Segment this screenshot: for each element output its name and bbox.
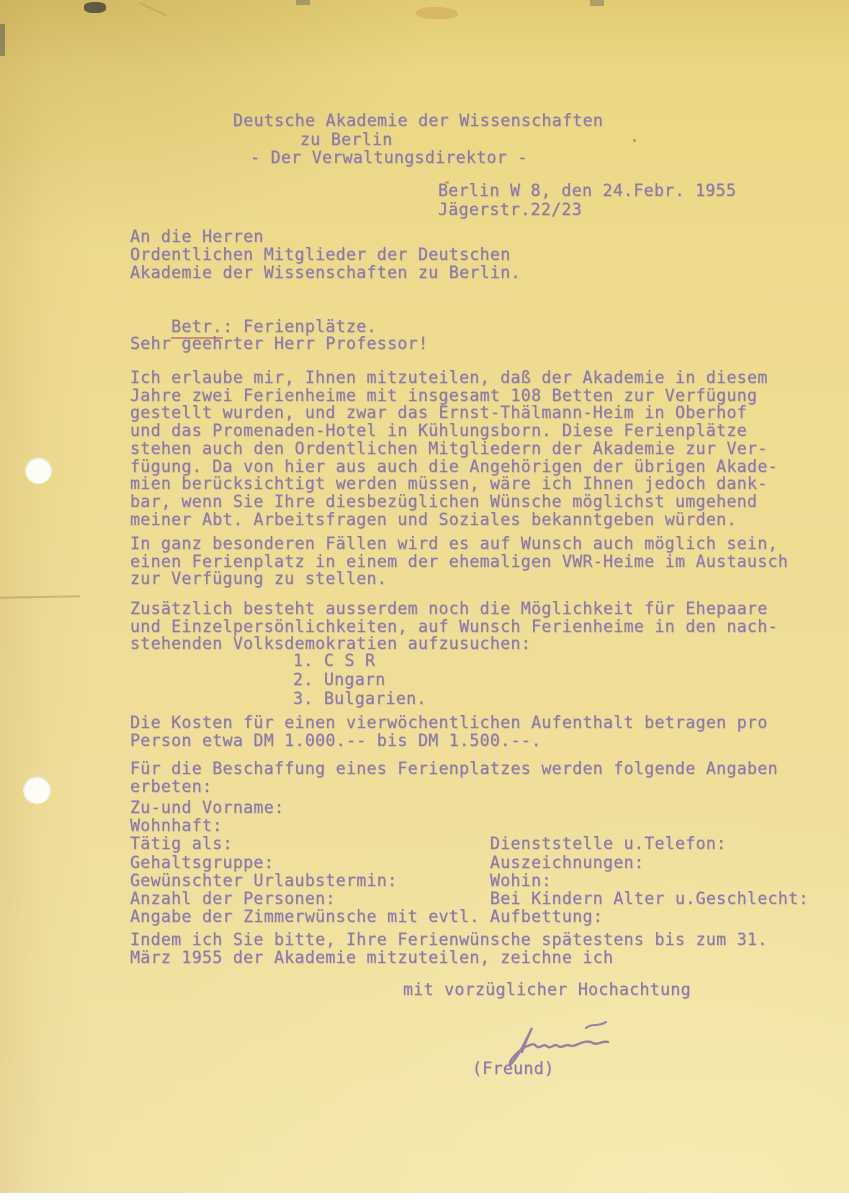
recipient-address: An die Herren Ordentlichen Mitglieder de… [130, 228, 521, 282]
letterhead-line-2: zu Berlin [300, 131, 393, 149]
torn-edge-mark [84, 2, 106, 13]
body-paragraph-1: Ich erlaube mir, Ihnen mitzuteilen, daß … [130, 369, 778, 528]
letter-page: Deutsche Akademie der Wissenschaften zu … [0, 0, 849, 1200]
paper-background [0, 0, 849, 1193]
body-paragraph-4: Die Kosten für einen vierwöchentlichen A… [130, 714, 768, 750]
ink-speck [633, 139, 636, 142]
form-fields-block: Zu-und Vorname: Wohnhaft: Tätig als: Die… [130, 799, 809, 926]
closing-paragraph: Indem ich Sie bitte, Ihre Ferienwünsche … [130, 931, 768, 967]
letterhead-line-3: - Der Verwaltungsdirektor - [250, 149, 528, 167]
body-paragraph-2: In ganz besonderen Fällen wird es auf Wu… [130, 535, 788, 588]
body-paragraph-3: Zusätzlich besteht ausserdem noch die Mö… [130, 600, 778, 653]
torn-edge-mark [590, 0, 604, 6]
punch-hole [23, 776, 51, 804]
salutation: Sehr geehrter Herr Professor! [130, 335, 428, 353]
country-list: 1. C S R 2. Ungarn 3. Bulgarien. [293, 652, 427, 708]
torn-edge-mark [0, 24, 5, 56]
letterhead-line-1: Deutsche Akademie der Wissenschaften [233, 112, 603, 130]
paper-fold-mark [416, 7, 458, 19]
signature-typed-name: (Freund) [472, 1060, 554, 1078]
dateline: Berlin W 8, den 24.Febr. 1955 Jägerstr.2… [438, 181, 736, 220]
torn-edge-mark [296, 0, 310, 5]
punch-hole [25, 457, 52, 484]
valediction: mit vorzüglicher Hochachtung [403, 981, 691, 999]
subject-text: : Ferienplätze. [223, 317, 377, 336]
body-paragraph-5: Für die Beschaffung eines Ferienplatzes … [130, 760, 778, 796]
